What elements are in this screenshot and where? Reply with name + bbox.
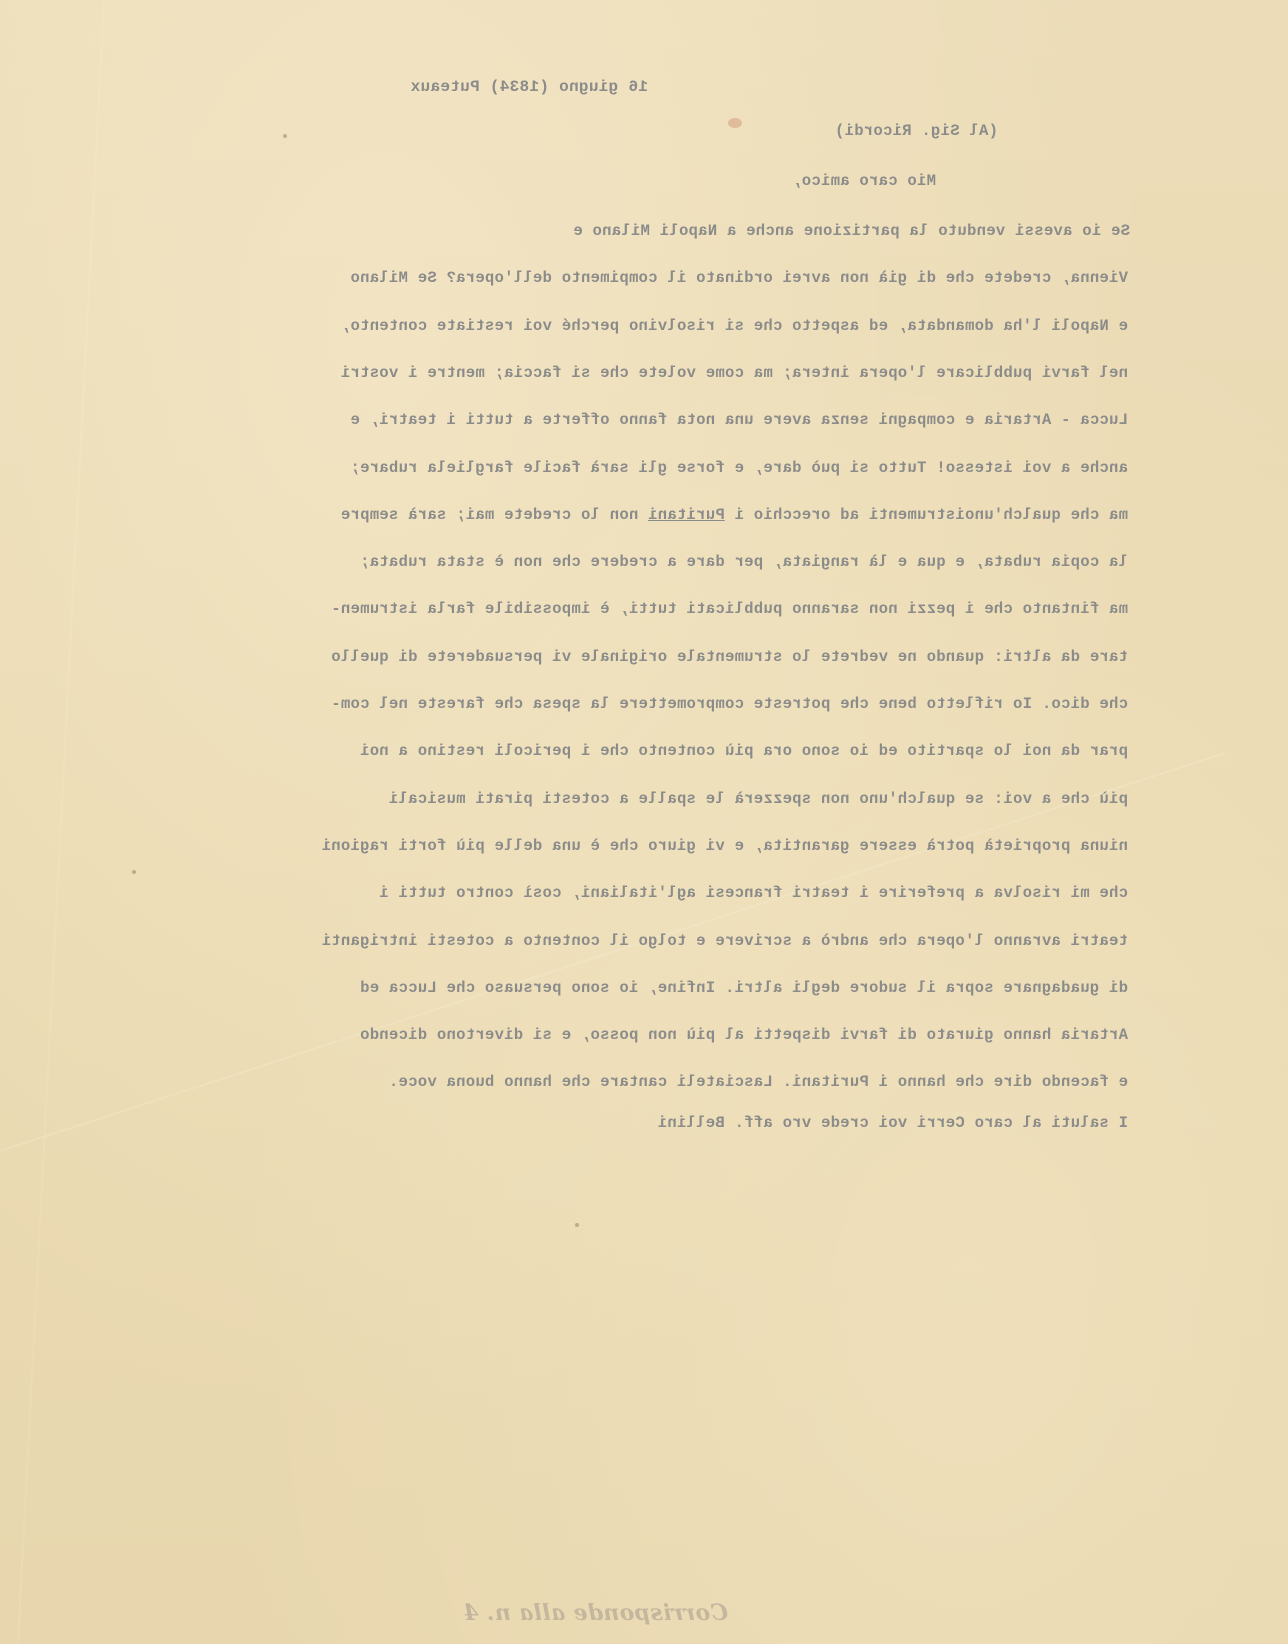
letter-body-line: che dico. Io rifletto bene che potreste …: [331, 695, 1128, 713]
letter-body-line: ma fintanto che i pezzi non saranno pubb…: [331, 600, 1128, 618]
letter-body-line: e facendo dire che hanno i Puritani. Las…: [389, 1073, 1128, 1091]
letter-body-line: Se io avessi venduto la partizione anche…: [573, 222, 1130, 240]
closing-line: I saluti al caro Cerri voi crede vro aff…: [658, 1114, 1128, 1132]
letter-body-line: nel farvi pubblicare l'opera intera; ma …: [341, 364, 1128, 382]
letter-body-line: che mi risolva a preferire i teatri fran…: [379, 884, 1128, 902]
letter-body-line: ma che qualch'unoistrumenti ad orecchio …: [341, 506, 1128, 524]
letter-body-line: Lucca - Artaria e compagni senza avere u…: [350, 411, 1128, 429]
recipient-line: (Al Sig. Ricordi): [835, 122, 998, 140]
letter-body-line: Artaria hanno giurato di farvi dispetti …: [360, 1026, 1128, 1044]
salutation: Mio caro amico,: [792, 172, 936, 190]
letter-body-line: e Napoli l'ha domandata, ed aspetto che …: [341, 317, 1128, 335]
letter-body-line: niuna proprietà potrà essere garantita, …: [321, 837, 1128, 855]
letter-body-line: di guadagnare sopra il sudore degli altr…: [360, 979, 1128, 997]
letter-body-line: Vienna, credete che di già non avrei ord…: [350, 269, 1128, 287]
date-line: 16 giugno (1834) Puteaux: [410, 78, 648, 96]
letter-body-line: tare da altri: quando ne vedrete lo stru…: [331, 648, 1128, 666]
letter-body-line: teatri avranno l'opera che andrò a scriv…: [321, 932, 1128, 950]
letter-body-line: prar da noi lo spartito ed io sono ora p…: [360, 742, 1128, 760]
pencil-annotation: Corrisponde alla n. 4: [463, 1600, 728, 1626]
letter-body-line: anche a voi istesso! Tutto si può dare, …: [350, 459, 1128, 477]
letter-text-mirrored: 16 giugno (1834) Puteaux (Al Sig. Ricord…: [0, 0, 1288, 1644]
underlined-title: Puritani: [648, 506, 725, 524]
letter-body-line: la copia rubata, e qua e là rangiata, pe…: [360, 553, 1128, 571]
letter-body-line: più che a voi: se qualch'uno non spezzer…: [389, 790, 1128, 808]
